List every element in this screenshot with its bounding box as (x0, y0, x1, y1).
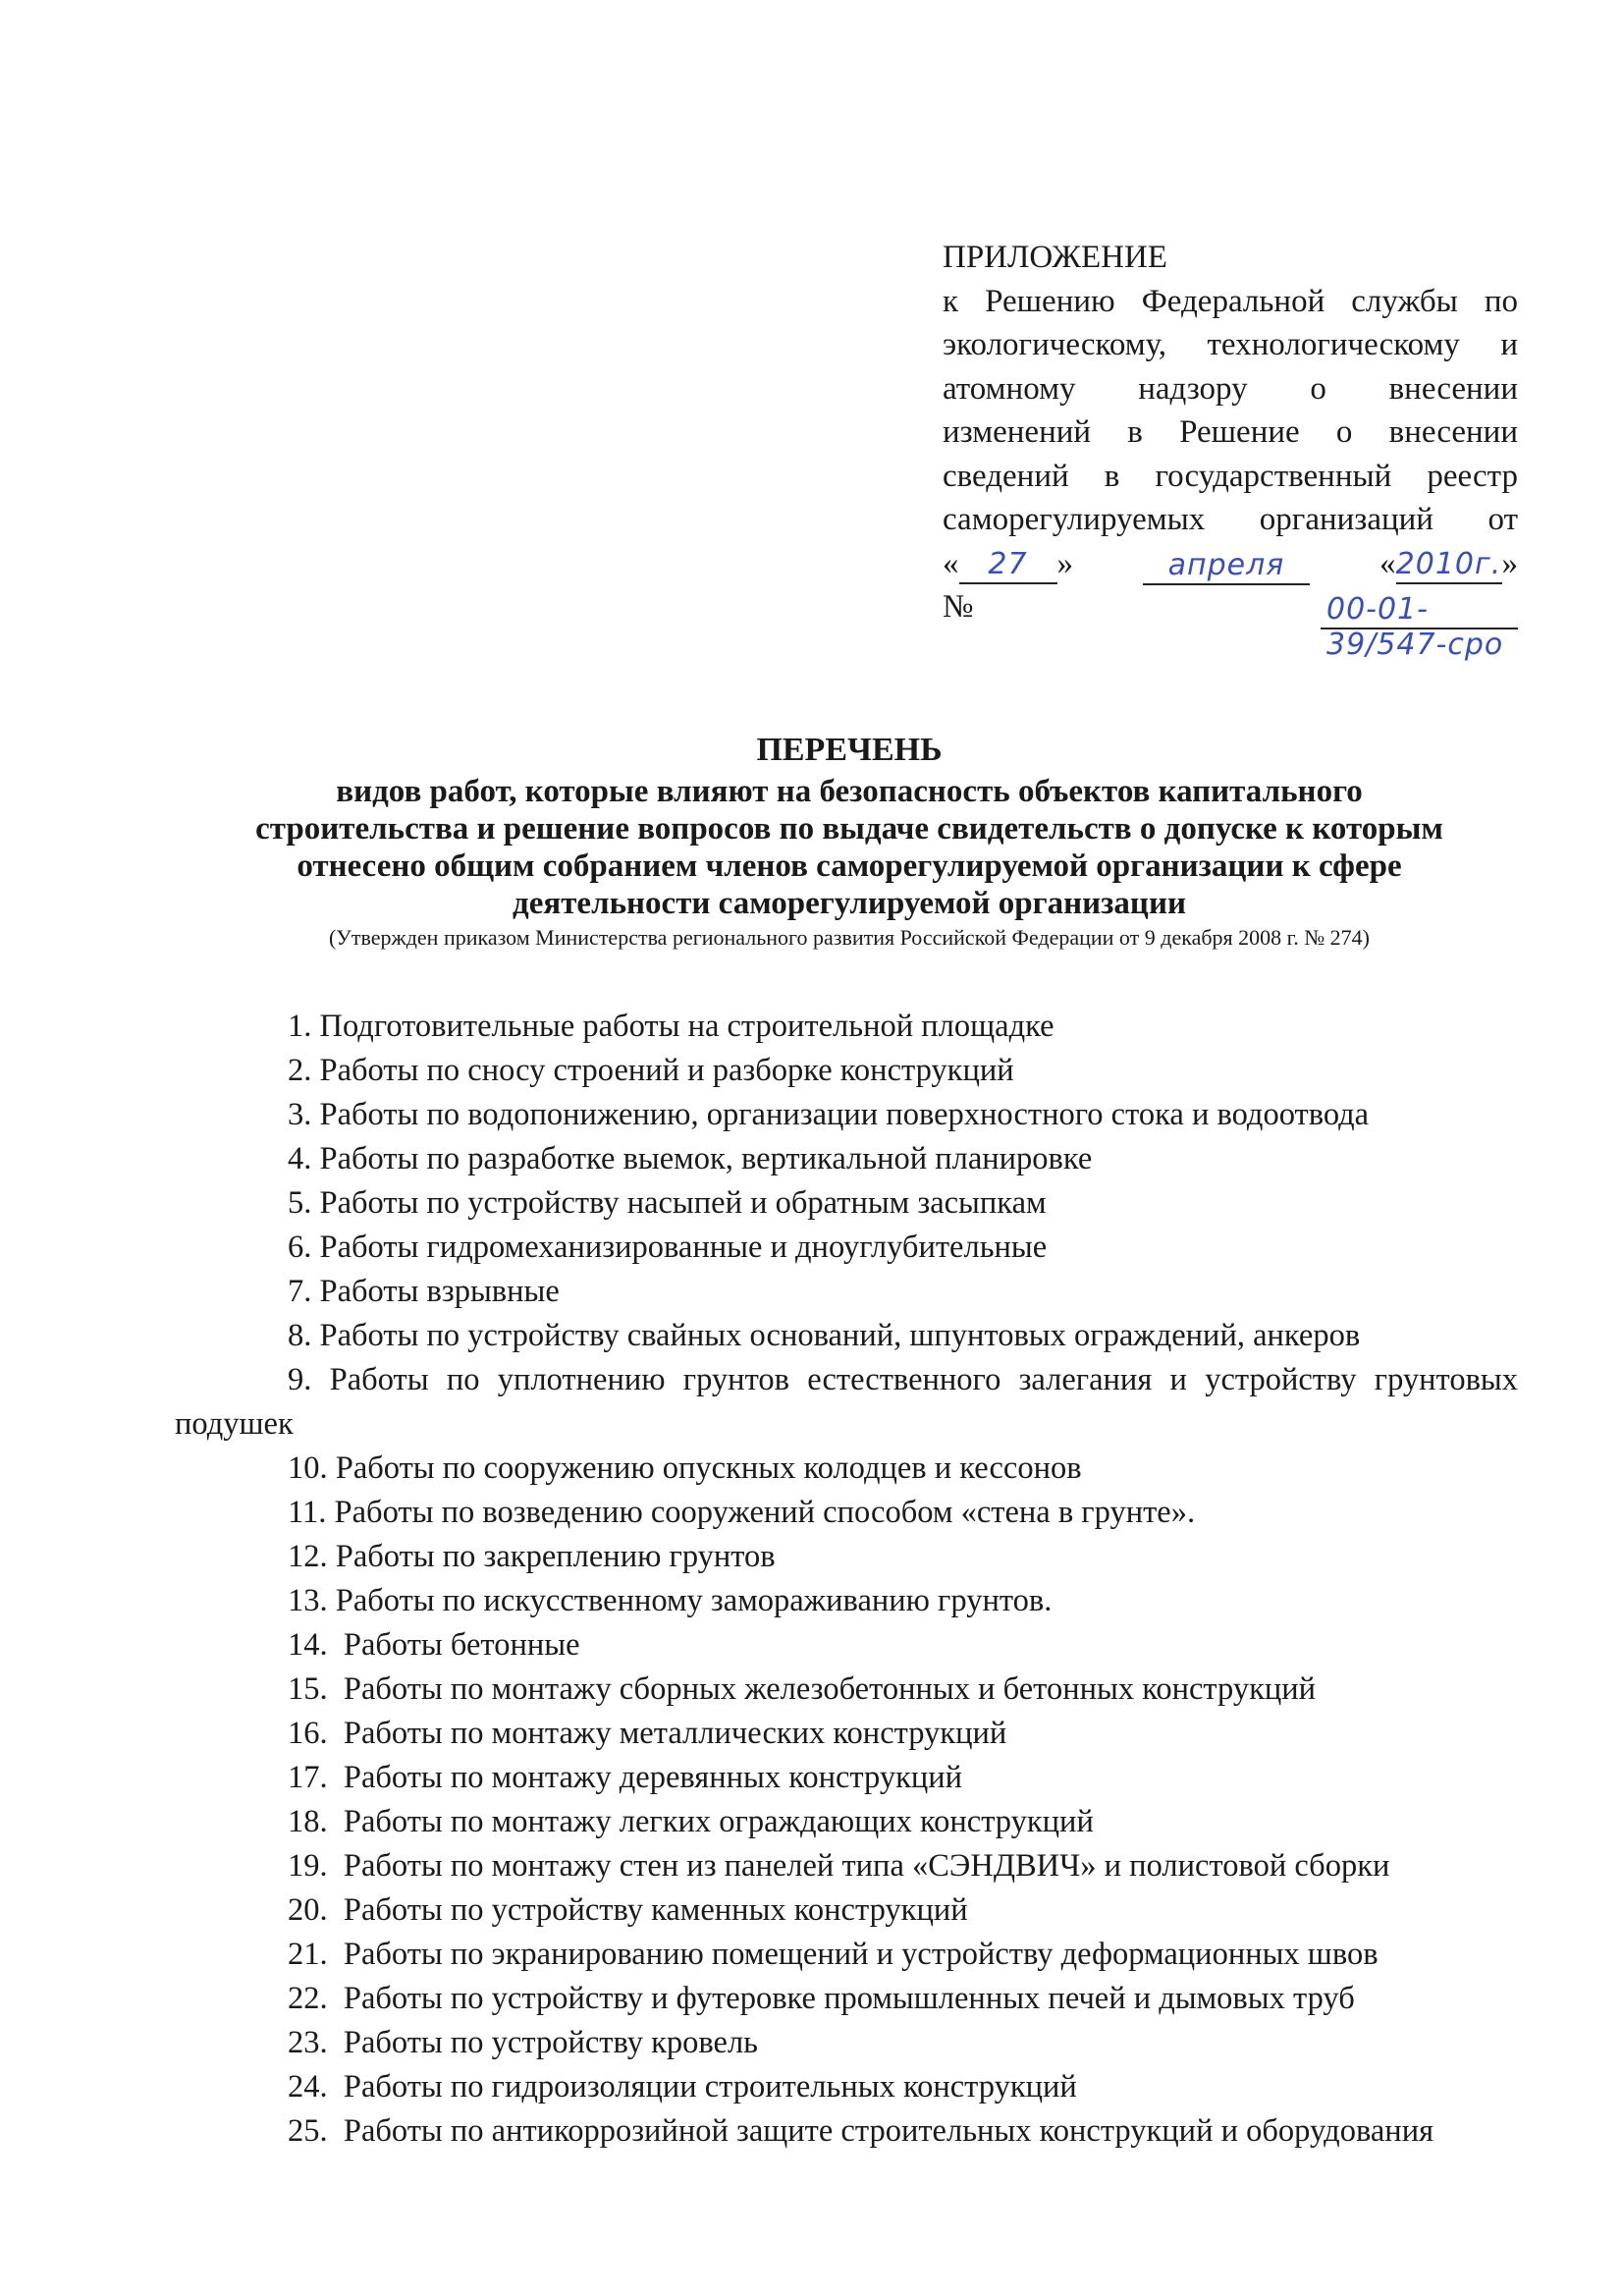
annex-date-row: «27» апреля «2010г.» (943, 542, 1518, 586)
annex-title: ПРИЛОЖЕНИЕ (943, 236, 1518, 280)
list-item: 2. Работы по сносу строений и разборке к… (175, 1049, 1518, 1093)
list-item: 7. Работы взрывные (175, 1270, 1518, 1314)
date-month-handwritten: апреля (1143, 548, 1310, 585)
list-item: 16. Работы по монтажу металлических конс… (175, 1712, 1518, 1756)
list-item: 6. Работы гидромеханизированные и дноугл… (175, 1226, 1518, 1270)
list-item: 11. Работы по возведению сооружений спос… (175, 1491, 1518, 1535)
annex-body: к Решению Федеральной службы по экологич… (943, 280, 1518, 542)
list-item: 12. Работы по закреплению грунтов (175, 1535, 1518, 1579)
list-item: 21. Работы по экранированию помещений и … (175, 1933, 1518, 1977)
heading-subtitle-line: видов работ, которые влияют на безопасно… (177, 773, 1522, 810)
heading-subtitle-line: отнесено общим собранием членов саморегу… (177, 847, 1522, 885)
date-year-handwritten: 2010г. (1396, 547, 1502, 584)
list-item: 5. Работы по устройству насыпей и обратн… (175, 1181, 1518, 1226)
work-types-list: 1. Подготовительные работы на строительн… (175, 1005, 1518, 2154)
document-heading: ПЕРЕЧЕНЬ видов работ, которые влияют на … (177, 732, 1522, 952)
number-label: № (943, 585, 974, 629)
annex-line: сведений в государственный реестр (943, 455, 1518, 499)
approval-note: (Утвержден приказом Министерства региона… (177, 924, 1522, 952)
list-item: 8. Работы по устройству свайных основани… (175, 1314, 1518, 1358)
list-item: 3. Работы по водопонижению, организации … (175, 1093, 1518, 1137)
heading-subtitle-line: деятельности саморегулируемой организаци… (177, 885, 1522, 922)
list-item: 10. Работы по сооружению опускных колодц… (175, 1447, 1518, 1491)
heading-title: ПЕРЕЧЕНЬ (177, 732, 1522, 769)
date-year-group: «2010г.» (1379, 542, 1518, 586)
list-item: 19. Работы по монтажу стен из панелей ти… (175, 1844, 1518, 1888)
heading-subtitle-line: строительства и решение вопросов по выда… (177, 810, 1522, 847)
list-item: 24. Работы по гидроизоляции строительных… (175, 2065, 1518, 2109)
date-day-handwritten: 27 (959, 547, 1057, 584)
list-item: 13. Работы по искусственному замораживан… (175, 1579, 1518, 1623)
list-item: 15. Работы по монтажу сборных железобето… (175, 1667, 1518, 1712)
list-item: 14. Работы бетонные (175, 1623, 1518, 1667)
annex-line: атомному надзору о внесении (943, 367, 1518, 411)
date-day-group: «27» (943, 542, 1073, 586)
list-item: 4. Работы по разработке выемок, вертикал… (175, 1137, 1518, 1181)
list-item: 17. Работы по монтажу деревянных констру… (175, 1756, 1518, 1800)
annex-number-row: № 00-01-39/547-сро (943, 585, 1518, 629)
list-item: 18. Работы по монтажу легких ограждающих… (175, 1800, 1518, 1844)
annex-line: к Решению Федеральной службы по (943, 280, 1518, 324)
list-item: 25. Работы по антикоррозийной защите стр… (175, 2109, 1518, 2154)
list-item: 20. Работы по устройству каменных констр… (175, 1888, 1518, 1933)
annex-line: экологическому, технологическому и (943, 323, 1518, 367)
decision-number-handwritten: 00-01-39/547-сро (1321, 592, 1518, 629)
list-item: 9. Работы по уплотнению грунтов естестве… (175, 1358, 1518, 1447)
annex-line: изменений в Решение о внесении (943, 410, 1518, 455)
annex-header: ПРИЛОЖЕНИЕ к Решению Федеральной службы … (943, 236, 1518, 629)
annex-line: саморегулируемых организаций от (943, 498, 1518, 542)
list-item: 22. Работы по устройству и футеровке про… (175, 1977, 1518, 2021)
list-item: 1. Подготовительные работы на строительн… (175, 1005, 1518, 1049)
list-item: 23. Работы по устройству кровель (175, 2021, 1518, 2065)
